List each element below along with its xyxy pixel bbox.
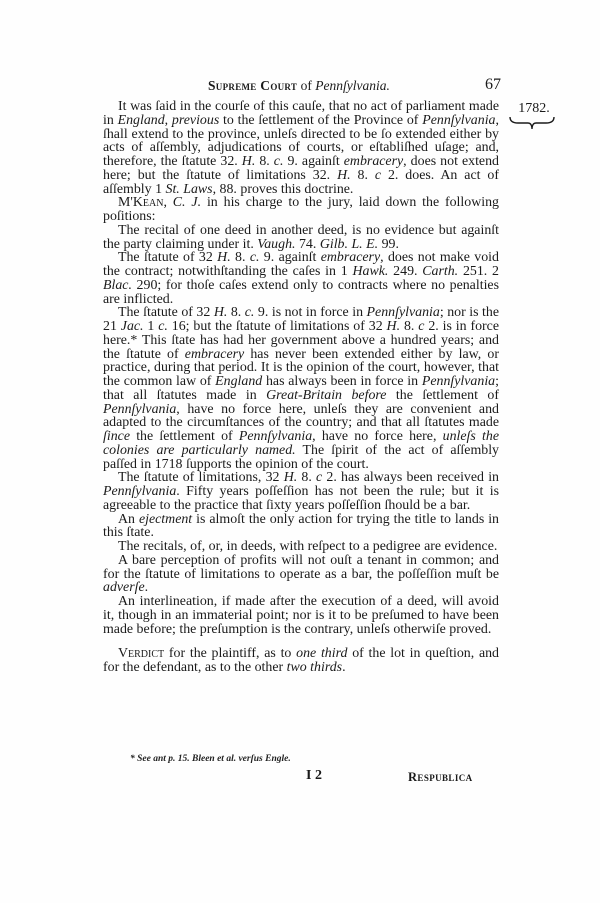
italic-text: Pennſylvania xyxy=(103,402,176,417)
text-run: has always been in force in xyxy=(262,374,422,389)
paragraph: The ſtatute of limitations, 32 H. 8. c 2… xyxy=(103,471,499,512)
text-run: The ſtatute of limitations, 32 xyxy=(118,470,284,485)
text-run: 8. xyxy=(351,168,375,183)
state-name: Pennſylvania. xyxy=(315,78,390,93)
italic-text: H. xyxy=(337,168,351,183)
italic-text: Blac. xyxy=(103,278,132,293)
italic-text: adverſe xyxy=(103,580,145,595)
italic-text: H. xyxy=(242,154,256,169)
paragraph: M'Kean, C. J. in his charge to the jury,… xyxy=(103,196,499,224)
text-run: An xyxy=(118,512,139,527)
body-text: It was ſaid in the courſe of this cauſe,… xyxy=(103,100,499,675)
italic-text: Pennſylvania xyxy=(103,484,176,499)
italic-text: H. xyxy=(387,319,401,334)
italic-text: Hawk. xyxy=(353,264,389,279)
text-run: , have no force here, xyxy=(312,429,442,444)
paragraph: A bare perception of profits will not ou… xyxy=(103,554,499,595)
paragraph: An ejectment is almoſt the only action f… xyxy=(103,513,499,541)
italic-text: one third xyxy=(296,646,347,661)
running-head: Supreme Court of Pennſylvania. 67 xyxy=(100,76,500,96)
italic-text: embracery xyxy=(185,347,244,362)
italic-text: c. xyxy=(158,319,168,334)
text-run: 8. xyxy=(297,470,316,485)
italic-text: c. xyxy=(245,305,255,320)
text-run: The recitals, of, or, in deeds, with reſ… xyxy=(118,539,497,554)
italic-text: Vaugh. xyxy=(257,237,295,252)
italic-text: embracery xyxy=(344,154,403,169)
text-run: The ſtatute of 32 xyxy=(118,305,214,320)
brace-icon xyxy=(508,116,556,130)
italic-text: H. xyxy=(217,250,231,265)
paragraph: Verdict for the plaintiff, as to one thi… xyxy=(103,647,499,675)
italic-text: Carth. xyxy=(422,264,458,279)
text-run: 9. is not in force in xyxy=(254,305,366,320)
paragraph: The recitals, of, or, in deeds, with reſ… xyxy=(103,540,499,554)
text-run: 2. has always been re­ceived in xyxy=(322,470,499,485)
italic-text: c. xyxy=(250,250,260,265)
text-run: 9. againſt xyxy=(259,250,320,265)
text-run: to the ſettlement of the Province of xyxy=(219,113,422,128)
italic-text: Pennſylvania xyxy=(367,305,440,320)
italic-text: ſince xyxy=(103,429,130,444)
page-number: 67 xyxy=(485,76,501,94)
italic-text: C. J. xyxy=(173,195,201,210)
italic-text: previous xyxy=(172,113,219,128)
paragraph: It was ſaid in the courſe of this cauſe,… xyxy=(103,100,499,196)
italic-text: H. xyxy=(284,470,298,485)
italic-text: embracery xyxy=(321,250,380,265)
italic-text: Pennſylvania xyxy=(422,374,495,389)
small-caps-text: Verdict xyxy=(118,646,164,661)
text-run: , xyxy=(165,113,172,128)
text-run: 74. xyxy=(296,237,320,252)
footnote: * See ant p. 15. Bleen et al. verſus Eng… xyxy=(130,754,291,764)
text-run: 290; for thoſe caſes extend only to cont… xyxy=(103,278,499,307)
text-run: . xyxy=(145,580,148,595)
italic-text: Eng­land xyxy=(215,374,262,389)
text-run: 99. xyxy=(378,237,399,252)
text-run: The ſtatute of 32 xyxy=(118,250,217,265)
text-run: the ſettlement of xyxy=(386,388,499,403)
small-caps-text: M'Kean xyxy=(118,195,163,210)
paragraph: The ſtatute of 32 H. 8. c. 9. againſt em… xyxy=(103,251,499,306)
italic-text: St. Laws xyxy=(166,182,213,197)
italic-text: Jac. xyxy=(121,319,144,334)
italic-text: ejectment xyxy=(139,512,192,527)
text-run: . xyxy=(342,660,345,675)
margin-year: 1782. xyxy=(514,101,554,117)
running-title: Supreme Court of Pennſylvania. xyxy=(208,78,390,94)
text-run: 9. againſt xyxy=(283,154,343,169)
book-page: Supreme Court of Pennſylvania. 67 1782. … xyxy=(0,0,600,903)
italic-text: Pennſylvania xyxy=(422,113,495,128)
text-run: 16; but the ſtatute of limitations of 32 xyxy=(168,319,387,334)
text-run: 1 xyxy=(144,319,159,334)
text-run: 8. xyxy=(255,154,274,169)
italic-text: Pennſylvania xyxy=(239,429,312,444)
text-run: An interlineation, if made after the exe… xyxy=(103,594,499,637)
text-run: 249. xyxy=(388,264,422,279)
paragraph: An interlineation, if made after the exe… xyxy=(103,595,499,636)
paragraph: The recital of one deed in another deed,… xyxy=(103,224,499,252)
paragraph: The ſtatute of 32 H. 8. c. 9. is not in … xyxy=(103,306,499,471)
italic-text: Great-Britain before xyxy=(266,388,386,403)
signature-mark: I 2 xyxy=(306,768,322,784)
court-name: Supreme Court xyxy=(208,78,297,93)
italic-text: Gilb. L. E. xyxy=(320,237,378,252)
text-run: 8. xyxy=(400,319,418,334)
text-run: 8. xyxy=(227,305,244,320)
italic-text: H. xyxy=(214,305,228,320)
text-run: A bare perception of profits will not ou… xyxy=(103,553,499,582)
text-run: 8. xyxy=(231,250,250,265)
text-run: for the plaintiff, as to xyxy=(164,646,296,661)
text-run: 251. 2 xyxy=(458,264,499,279)
italic-text: c. xyxy=(274,154,284,169)
italic-text: England xyxy=(118,113,165,128)
catchword: Respublica xyxy=(408,770,473,785)
running-title-of: of xyxy=(301,78,312,93)
text-run: , xyxy=(163,195,172,210)
italic-text: two thirds xyxy=(287,660,342,675)
text-run: , 88. proves this doctrine. xyxy=(213,182,354,197)
text-run: the ſettlement of xyxy=(130,429,239,444)
